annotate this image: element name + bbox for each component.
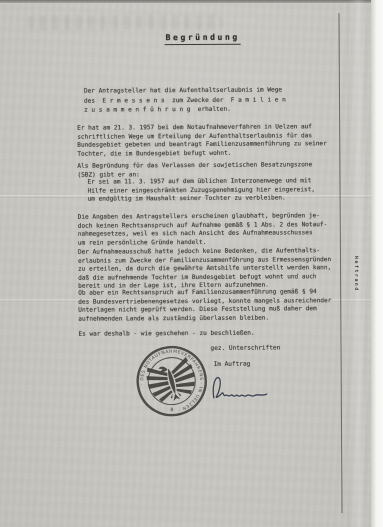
binding-margin-label: Heftrand xyxy=(353,256,358,292)
scanned-document-photo: Heftrand Begründung Der Antragsteller ha… xyxy=(0,0,383,527)
body-paragraph: Der Antragsteller hat die Aufenthaltserl… xyxy=(84,85,286,115)
handwritten-signature xyxy=(209,370,275,404)
body-paragraph: Ob aber ein Rechtsanspruch auf Familienz… xyxy=(78,288,331,324)
seal-bottom-mark: B xyxy=(170,407,173,413)
signature-im-auftrag-line: Im Auftrag xyxy=(214,361,251,368)
body-paragraph: Der Aufnahmeausschuß hatte jedoch keine … xyxy=(78,247,331,291)
document-content: Heftrand Begründung Der Antragsteller ha… xyxy=(0,0,383,527)
body-paragraph-indented-quote: Er sei am 11. 3. 1957 auf dem üblichen I… xyxy=(87,177,315,204)
body-paragraph: Er hat am 21. 3. 1957 bei dem Notaufnahm… xyxy=(77,123,327,159)
body-paragraph: Die Angaben des Antragstellers erscheine… xyxy=(78,212,328,248)
official-seal: · DES NOTAUFNAHMEVERFAHRENS · IN UELZEN … xyxy=(128,338,215,425)
signature-gez-line: gez. Unterschriften xyxy=(210,344,280,351)
binding-margin-rule xyxy=(338,13,342,513)
page-title: Begründung xyxy=(165,33,241,45)
